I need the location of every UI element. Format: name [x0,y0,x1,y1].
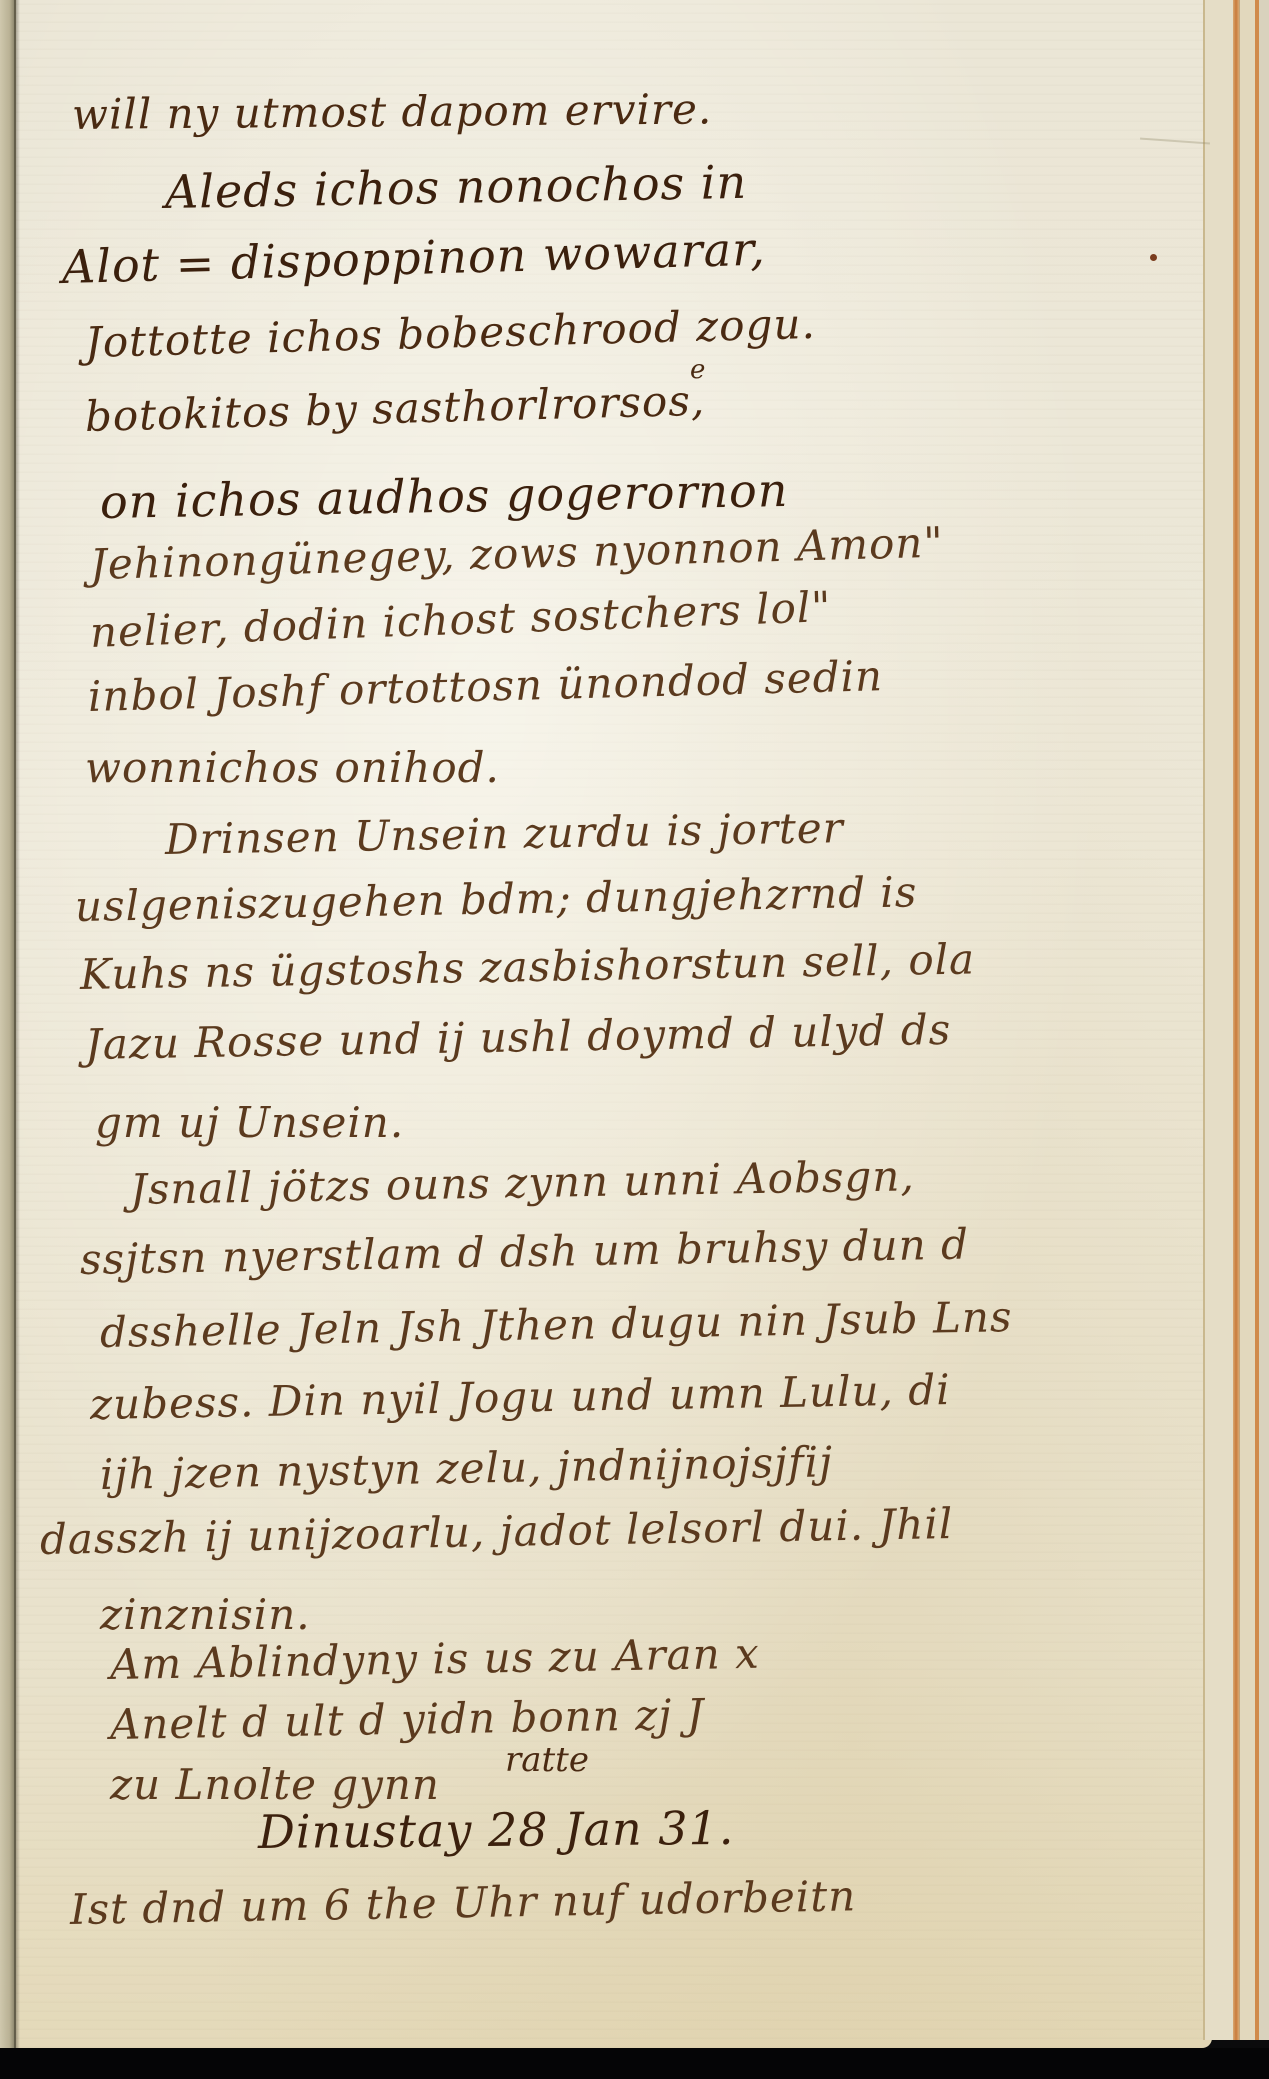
manuscript-scan: will ny utmost dapom ervire. Aleds ichos… [0,0,1269,2079]
page-edge [1203,0,1235,2040]
manuscript-line: wonnichos onihod. [85,743,500,792]
manuscript-line: zu Lnolte gynn [110,1760,440,1809]
interlinear-insertion: ratte [505,1740,589,1780]
manuscript-line: gm uj Unsein. [95,1098,404,1147]
ink-stain [1150,254,1157,261]
manuscript-line: will ny utmost dapom ervire. [72,84,713,139]
manuscript-line: zinznisin. [100,1590,311,1639]
manuscript-line: Aleds ichos nonochos in [165,155,748,219]
scan-background [0,2048,1269,2079]
manuscript-line: Anelt d ult d yidn bonn zj J [110,1690,705,1749]
page-edge [1239,0,1256,2040]
date-heading: Dinustay 28 Jan 31. [258,1801,735,1859]
page-edge [1259,0,1269,2040]
gutter-shadow [14,0,20,2050]
